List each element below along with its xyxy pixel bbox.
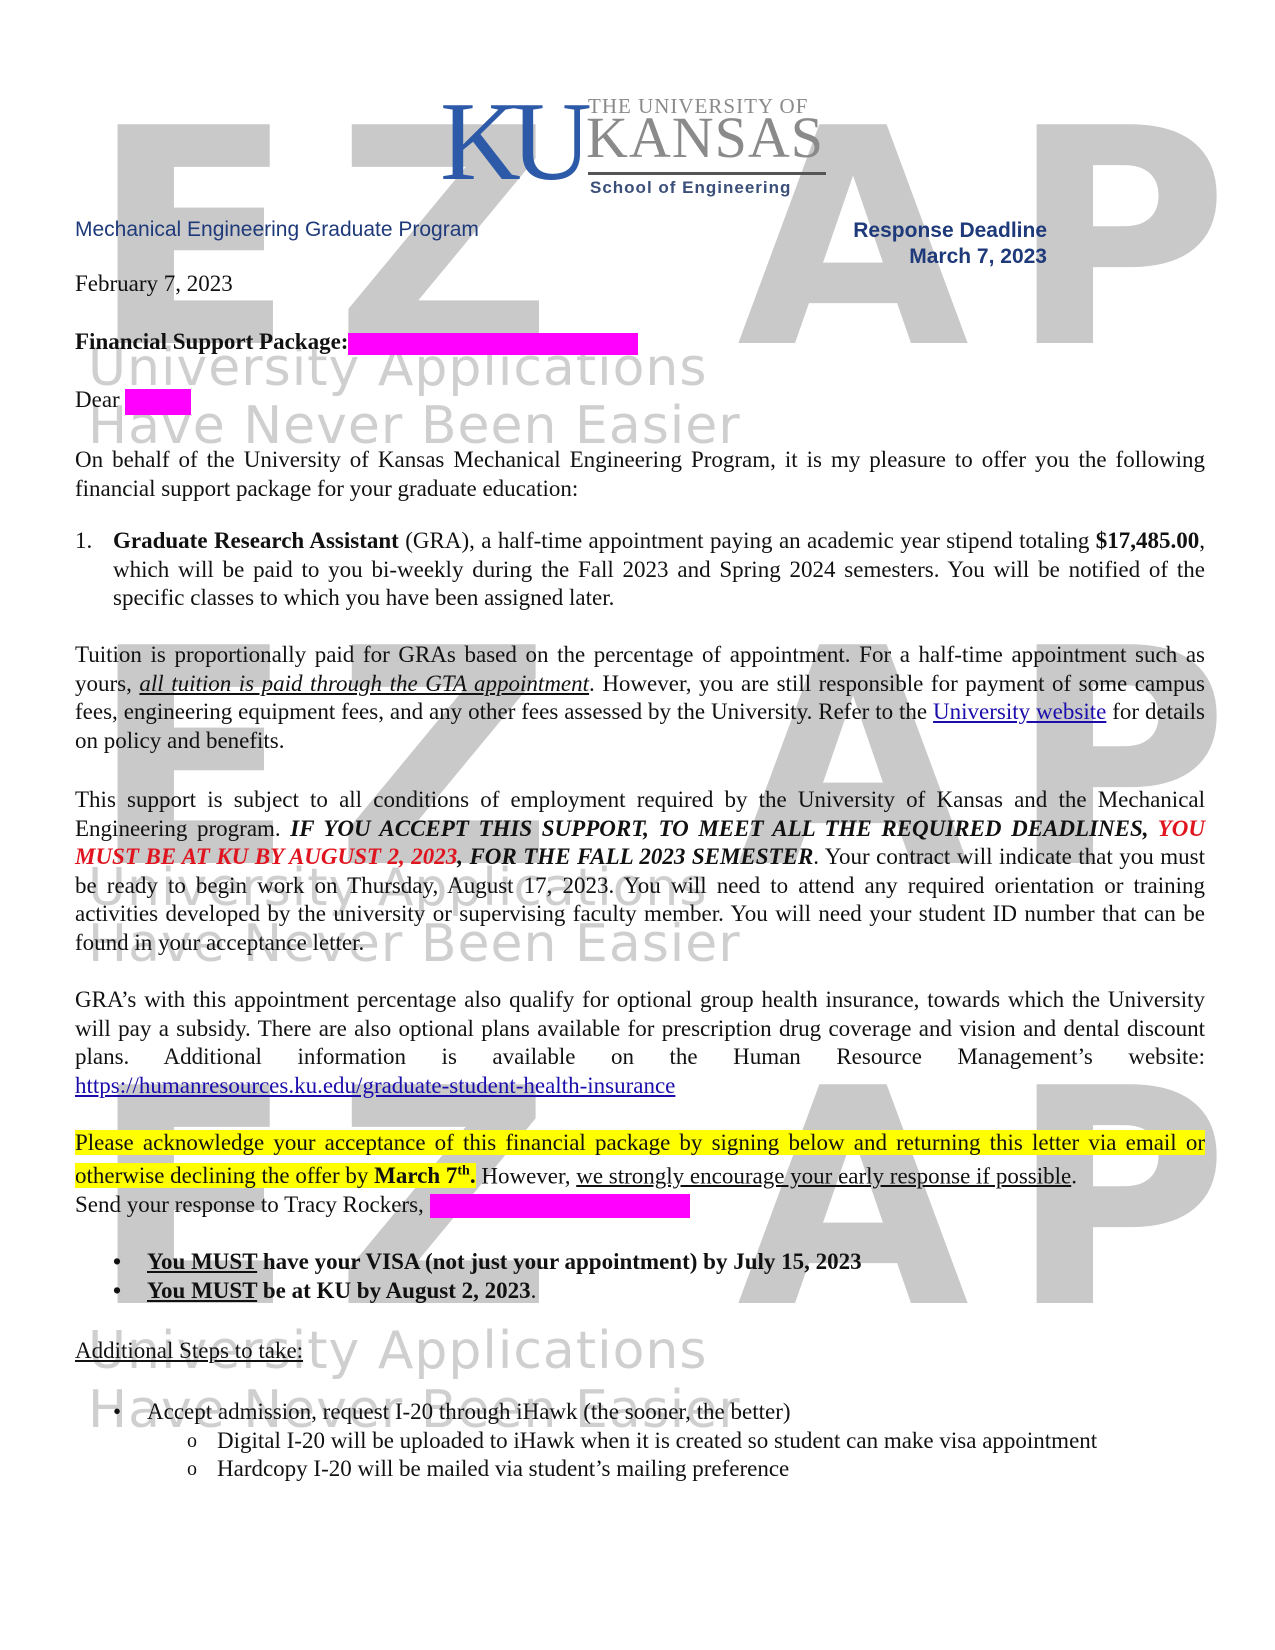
insurance-paragraph: GRA’s with this appointment percentage a… xyxy=(75,986,1205,1100)
salutation: Dear xyxy=(75,387,120,412)
substep-hardcopy-i20: Hardcopy I-20 will be mailed via student… xyxy=(75,1455,1205,1484)
gra-text-a: (GRA), a half-time appointment paying an… xyxy=(399,528,1096,553)
deadline-label: Response Deadline xyxy=(853,218,1047,244)
must-list: You MUST have your VISA (not just your a… xyxy=(75,1248,1205,1305)
deadline-date: March 7, 2023 xyxy=(853,244,1047,270)
salutation-line: Dear xyxy=(75,386,1205,415)
additional-steps-heading: Additional Steps to take: xyxy=(75,1337,1205,1366)
redacted-email xyxy=(430,1194,690,1218)
accept-warning: IF YOU ACCEPT THIS SUPPORT, TO MEET ALL … xyxy=(290,816,1157,841)
intro-paragraph: On behalf of the University of Kansas Me… xyxy=(75,446,1205,503)
substep-digital-i20: Digital I-20 will be uploaded to iHawk w… xyxy=(75,1427,1205,1456)
health-insurance-link[interactable]: https://humanresources.ku.edu/graduate-s… xyxy=(75,1073,675,1098)
package-label: Financial Support Package: xyxy=(75,329,348,354)
early-response-note: we strongly encourage your early respons… xyxy=(576,1163,1071,1188)
ku-logo: KU THE UNIVERSITY OF KANSAS School of En… xyxy=(440,92,840,202)
stipend-amount: $17,485.00 xyxy=(1096,528,1200,553)
insurance-text: GRA’s with this appointment percentage a… xyxy=(75,987,1205,1069)
logo-kansas: KANSAS xyxy=(586,108,824,168)
step-accept-admission: Accept admission, request I-20 through i… xyxy=(75,1398,1205,1427)
gra-title: Graduate Research Assistant xyxy=(113,528,399,553)
ku-mark: KU xyxy=(440,92,582,192)
send-response-text: Send your response to Tracy Rockers, xyxy=(75,1192,430,1217)
additional-steps-list: Accept admission, request I-20 through i… xyxy=(75,1398,1205,1484)
list-number: 1. xyxy=(75,527,113,556)
must-item-visa: You MUST have your VISA (not just your a… xyxy=(75,1248,1205,1277)
must-item-arrival: You MUST be at KU by August 2, 2023. xyxy=(75,1277,1205,1306)
tuition-paragraph: Tuition is proportionally paid for GRAs … xyxy=(75,641,1205,755)
program-name: Mechanical Engineering Graduate Program xyxy=(75,218,479,242)
tuition-emphasis: all tuition is paid through the GTA appo… xyxy=(139,671,589,696)
logo-rule xyxy=(588,172,826,175)
university-website-link[interactable]: University website xyxy=(933,699,1106,724)
acknowledge-text-b: However, xyxy=(476,1163,577,1188)
fall-semester-warning: , FOR THE FALL 2023 SEMESTER xyxy=(457,844,813,869)
acknowledge-date: March 7 xyxy=(374,1163,457,1188)
conditions-paragraph: This support is subject to all condition… xyxy=(75,786,1205,957)
letter-date: February 7, 2023 xyxy=(75,270,1205,299)
response-deadline: Response Deadline March 7, 2023 xyxy=(853,218,1047,270)
acknowledge-paragraph: Please acknowledge your acceptance of th… xyxy=(75,1129,1205,1219)
redacted-name xyxy=(125,389,191,415)
list-item-gra: 1.Graduate Research Assistant (GRA), a h… xyxy=(75,527,1205,613)
redacted-package xyxy=(348,333,638,355)
package-line: Financial Support Package: xyxy=(75,328,1205,357)
logo-school: School of Engineering xyxy=(590,178,791,198)
